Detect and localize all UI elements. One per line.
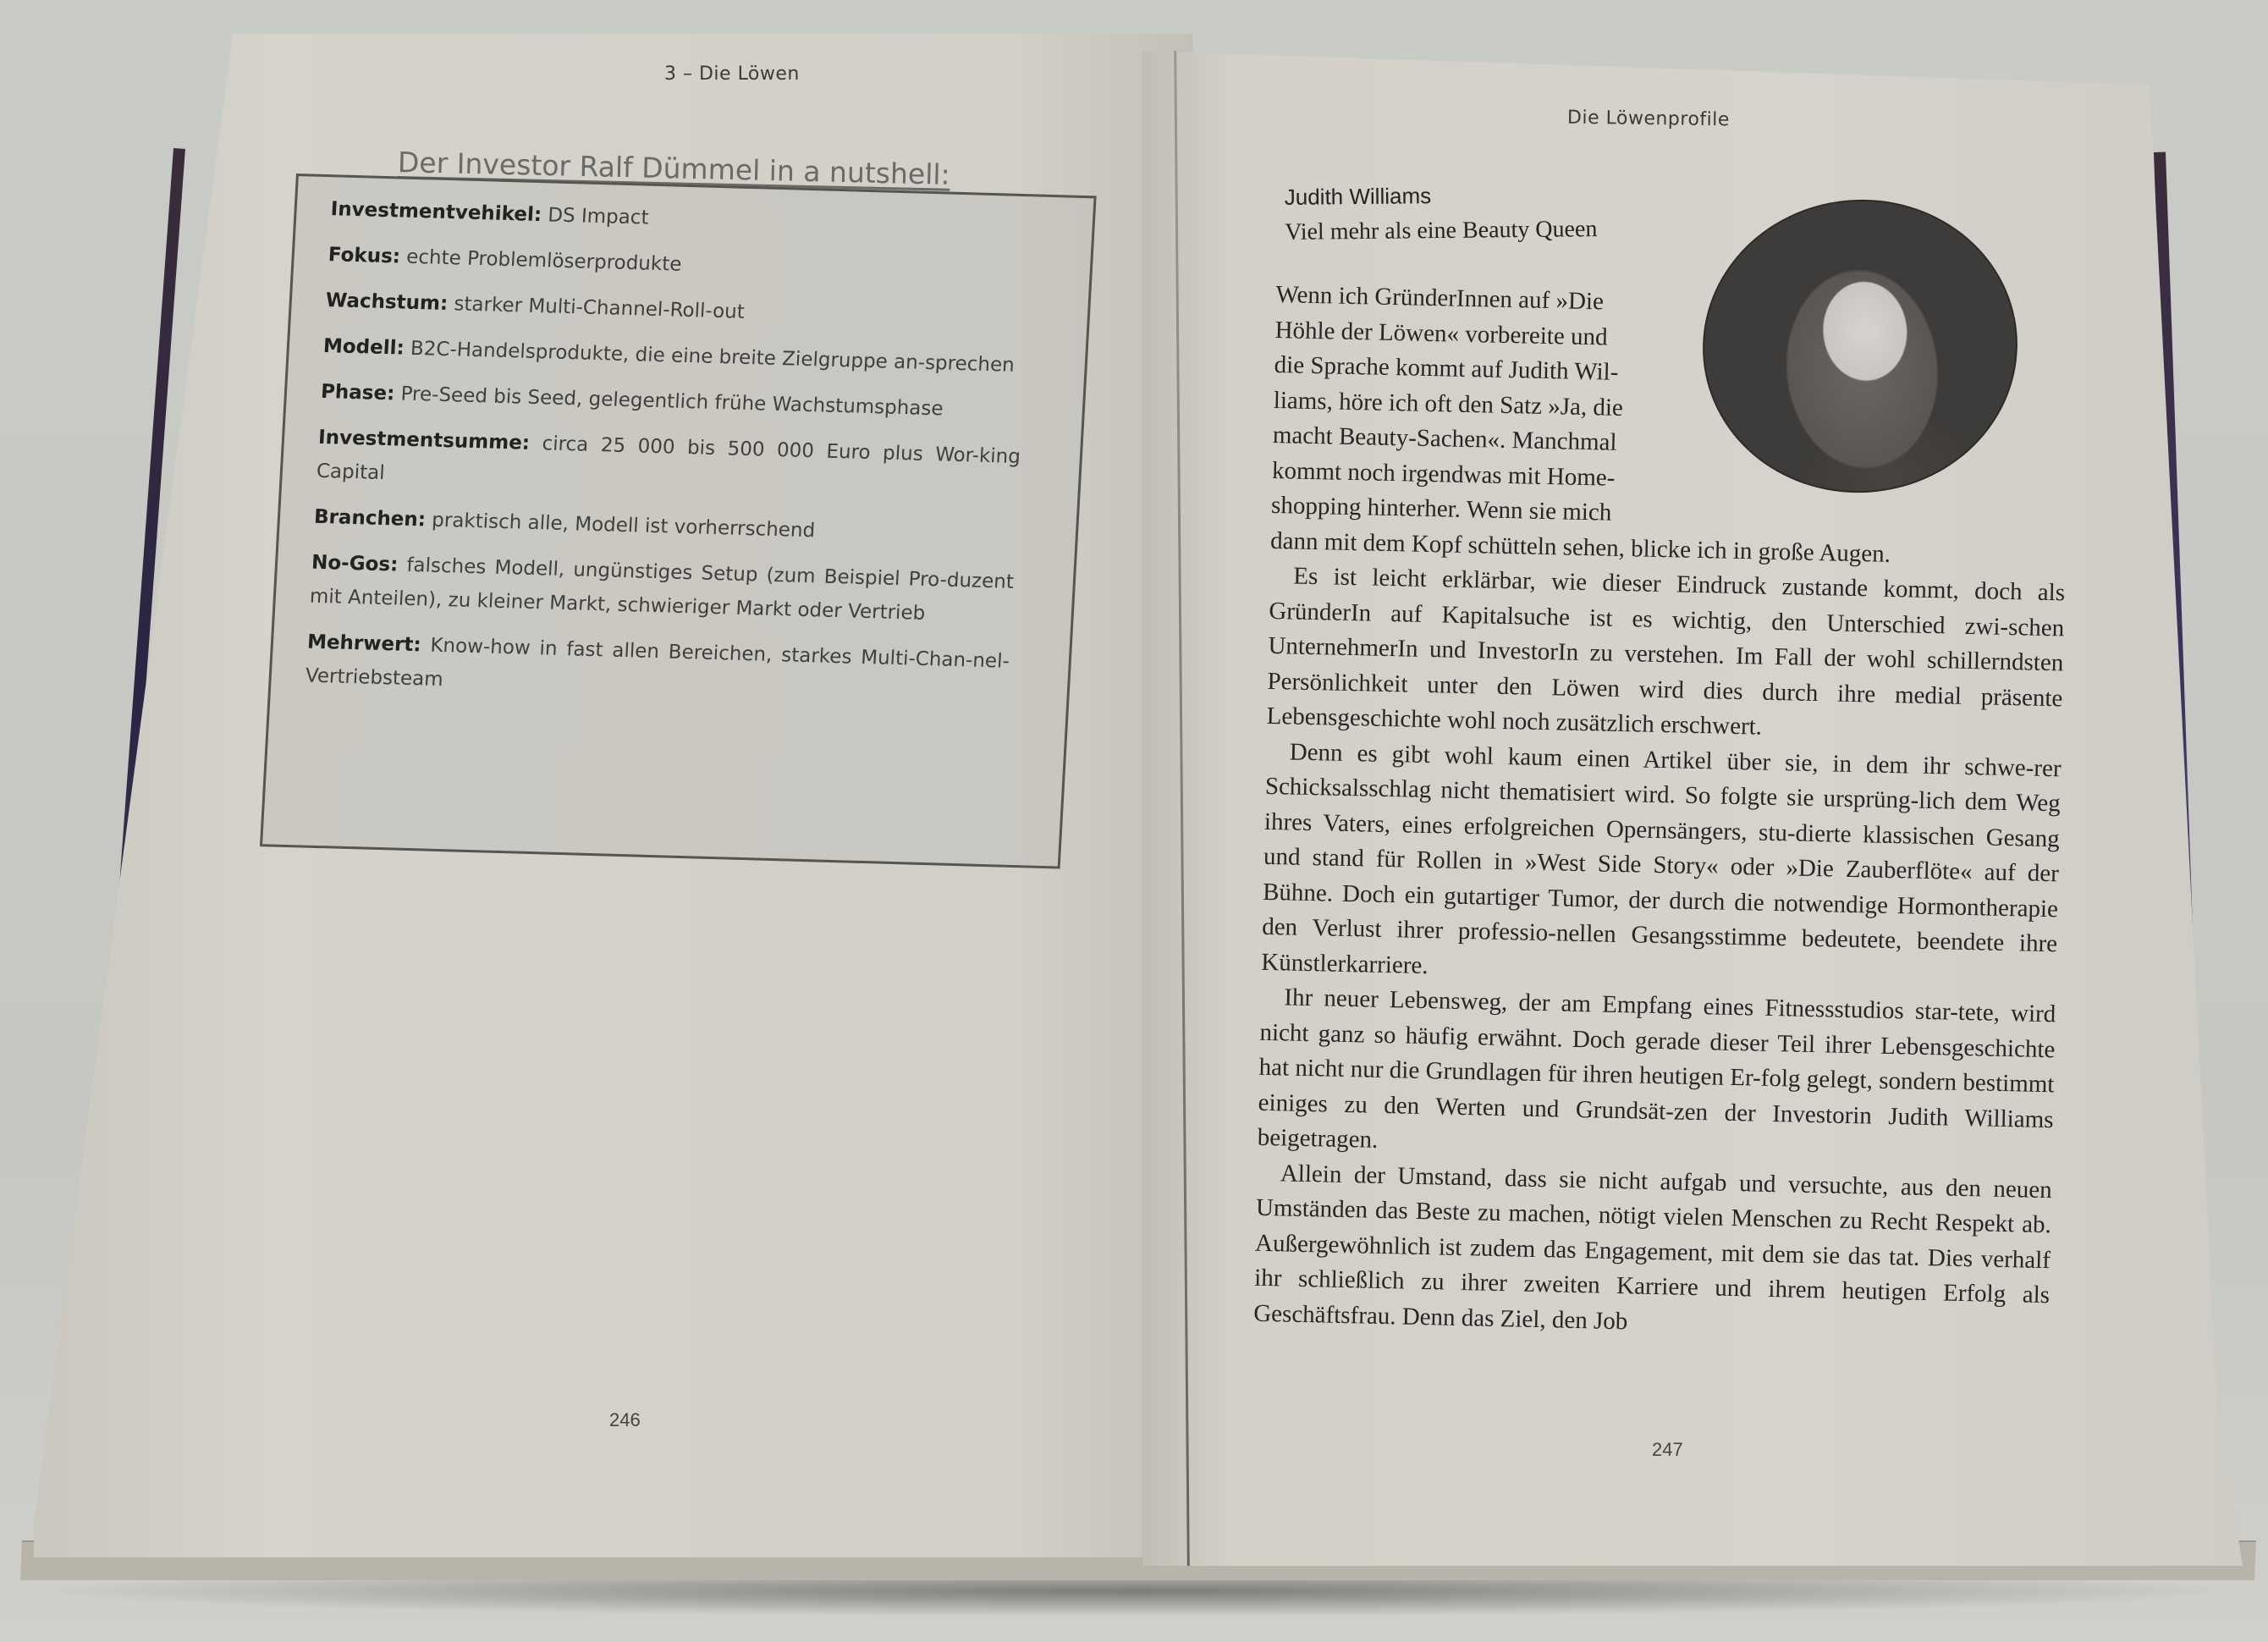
- info-item-wachstum: Wachstum: starker Multi-Channel-Roll-out: [325, 284, 1029, 337]
- right-running-head: Die Löwenprofile: [1567, 107, 1730, 131]
- info-item-phase: Phase: Pre-Seed bis Seed, gelegentlich f…: [320, 375, 1024, 428]
- profile-name: Judith Williams: [1285, 176, 1598, 215]
- paragraph: Denn es gibt wohl kaum einen Artikel übe…: [1261, 734, 2062, 997]
- info-item-investmentvehikel: Investmentvehikel: DS Impact: [330, 192, 1034, 245]
- info-box: Investmentvehikel: DS Impact Fokus: echt…: [260, 174, 1097, 869]
- profile-subtitle: Viel mehr als eine Beauty Queen: [1285, 212, 1598, 251]
- info-item-no-gos: No-Gos: falsches Modell, ungünstiges Set…: [309, 546, 1015, 633]
- info-item-modell: Modell: B2C-Handelsprodukte, die eine br…: [322, 329, 1027, 383]
- info-item-mehrwert: Mehrwert: Know-how in fast allen Bereich…: [305, 625, 1010, 713]
- profile-heading: Judith Williams Viel mehr als eine Beaut…: [1285, 176, 1598, 251]
- body-text: Wenn ich GründerInnen auf »Die Höhle der…: [1253, 278, 2072, 1348]
- left-page-number: 246: [609, 1409, 641, 1431]
- left-running-head: 3 – Die Löwen: [664, 63, 800, 85]
- info-item-branchen: Branchen: praktisch alle, Modell ist vor…: [313, 500, 1017, 554]
- intro-paragraph-wrapped: Wenn ich GründerInnen auf »Die Höhle der…: [1271, 278, 1661, 532]
- right-page-number: 247: [1652, 1439, 1683, 1461]
- paragraph: Allein der Umstand, dass sie nicht aufga…: [1253, 1155, 2052, 1348]
- paragraph: Ihr neuer Lebensweg, der am Empfang eine…: [1257, 980, 2056, 1173]
- info-item-fokus: Fokus: echte Problemlöserprodukte: [328, 238, 1032, 291]
- info-item-investmentsumme: Investmentsumme: circa 25 000 bis 500 00…: [316, 421, 1021, 508]
- paragraph: Es ist leicht erklärbar, wie dieser Eind…: [1266, 559, 2065, 752]
- info-list: Investmentvehikel: DS Impact Fokus: echt…: [304, 192, 1033, 724]
